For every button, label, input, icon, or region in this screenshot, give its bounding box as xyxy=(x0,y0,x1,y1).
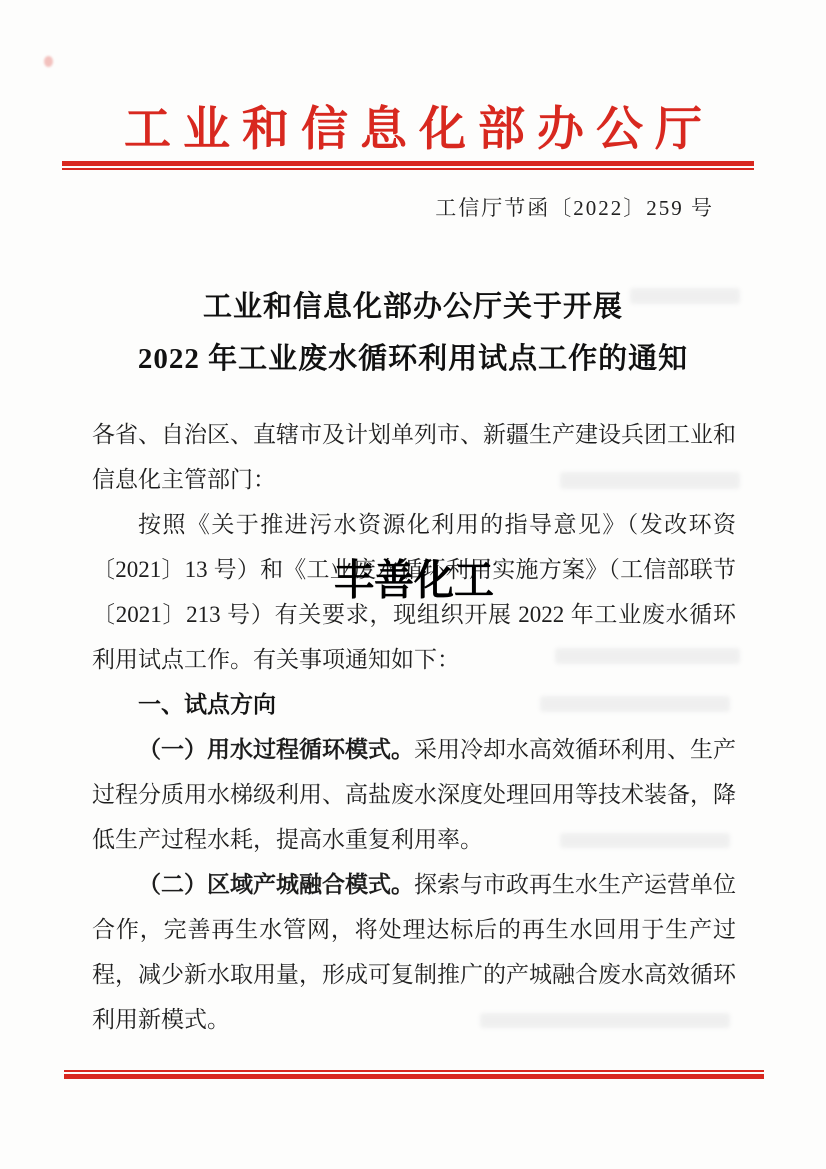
letterhead-title: 工业和信息化部办公厅 xyxy=(0,92,826,159)
document-title: 工业和信息化部办公厅关于开展 2022 年工业废水循环利用试点工作的通知 xyxy=(0,281,826,385)
salutation: 各省、自治区、直辖市及计划单列市、新疆生产建设兵团工业和信息化主管部门： xyxy=(92,412,736,502)
footer-rule-thick xyxy=(64,1074,764,1079)
letterhead-rule xyxy=(62,161,754,170)
paragraph-mode-1-lead: （一）用水过程循环模式。 xyxy=(138,737,414,762)
letterhead-rule-thick xyxy=(62,161,754,166)
paragraph-mode-1: （一）用水过程循环模式。采用冷却水高效循环利用、生产过程分质用水梯级利用、高盐废… xyxy=(92,727,736,862)
doc-number: 工信厅节函〔2022〕259 号 xyxy=(435,192,714,222)
document-title-line2: 2022 年工业废水循环利用试点工作的通知 xyxy=(0,333,826,385)
scan-red-speck xyxy=(44,56,53,67)
document-page: 工业和信息化部办公厅 工信厅节函〔2022〕259 号 工业和信息化部办公厅关于… xyxy=(0,0,826,1169)
footer-rule-thin xyxy=(64,1070,764,1072)
document-body: 各省、自治区、直辖市及计划单列市、新疆生产建设兵团工业和信息化主管部门： 按照《… xyxy=(92,412,736,1042)
letterhead-rule-thin xyxy=(62,168,754,170)
footer-rule xyxy=(64,1070,764,1079)
document-title-line1: 工业和信息化部办公厅关于开展 xyxy=(0,281,826,333)
paragraph-mode-2: （二）区域产城融合模式。探索与市政再生水生产运营单位合作，完善再生水管网，将处理… xyxy=(92,862,736,1042)
section-heading-pilot-directions: 一、试点方向 xyxy=(92,682,736,727)
paragraph-mode-2-lead: （二）区域产城融合模式。 xyxy=(138,872,414,897)
watermark-stamp: 丰善化工 xyxy=(334,558,494,604)
